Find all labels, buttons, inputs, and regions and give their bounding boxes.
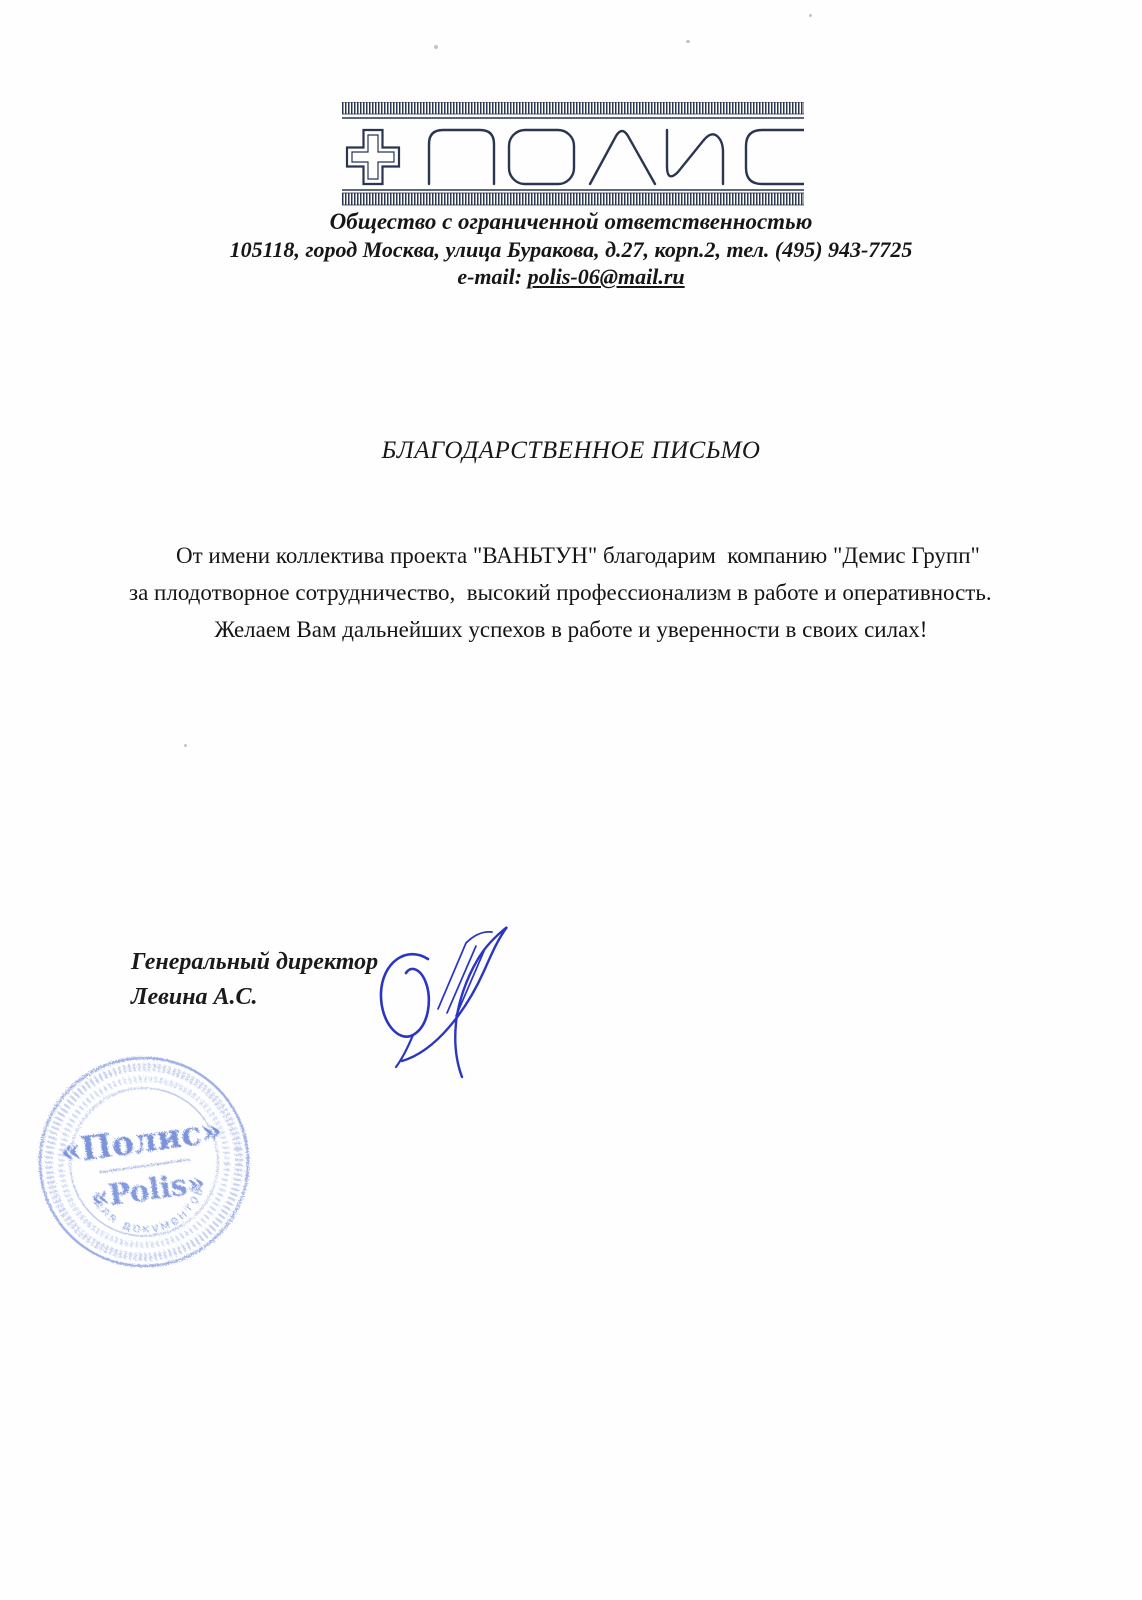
email-label: e-mail: xyxy=(457,264,527,289)
email-address: polis-06@mail.ru xyxy=(528,264,685,289)
scan-speck xyxy=(434,45,438,49)
org-type-line: Общество с ограниченной ответственностью xyxy=(0,209,1142,235)
company-stamp: «Полис» «Polis» для документов xyxy=(22,1040,266,1284)
address-line: 105118, город Москва, улица Буракова, д.… xyxy=(0,237,1142,263)
handwritten-signature xyxy=(366,901,518,1083)
signer-position: Генеральный директор xyxy=(131,945,378,980)
polis-logo: ПОЛИС xyxy=(342,102,804,206)
logo-top-band xyxy=(342,102,804,118)
scan-speck xyxy=(809,14,812,17)
scan-speck xyxy=(686,40,690,43)
letter-title: БЛАГОДАРСТВЕННОЕ ПИСЬМО xyxy=(0,437,1142,465)
email-line: e-mail: polis-06@mail.ru xyxy=(0,264,1142,290)
body-text-line-2: за плодотворное сотрудничество, высокий … xyxy=(129,580,992,606)
logo-bottom-band xyxy=(342,190,804,205)
body-text-line-1: От имени коллектива проекта "ВАНЬТУН" бл… xyxy=(176,543,980,569)
scanned-letter-page: ПОЛИС Общест xyxy=(0,0,1142,1600)
signature-block: Генеральный директор Левина А.С. xyxy=(131,945,378,1015)
signer-name: Левина А.С. xyxy=(131,980,378,1015)
medical-cross-icon xyxy=(347,130,399,184)
logo-letters xyxy=(429,130,804,184)
scan-speck xyxy=(184,744,187,747)
body-text-line-3: Желаем Вам дальнейших успехов в работе и… xyxy=(129,617,1013,643)
